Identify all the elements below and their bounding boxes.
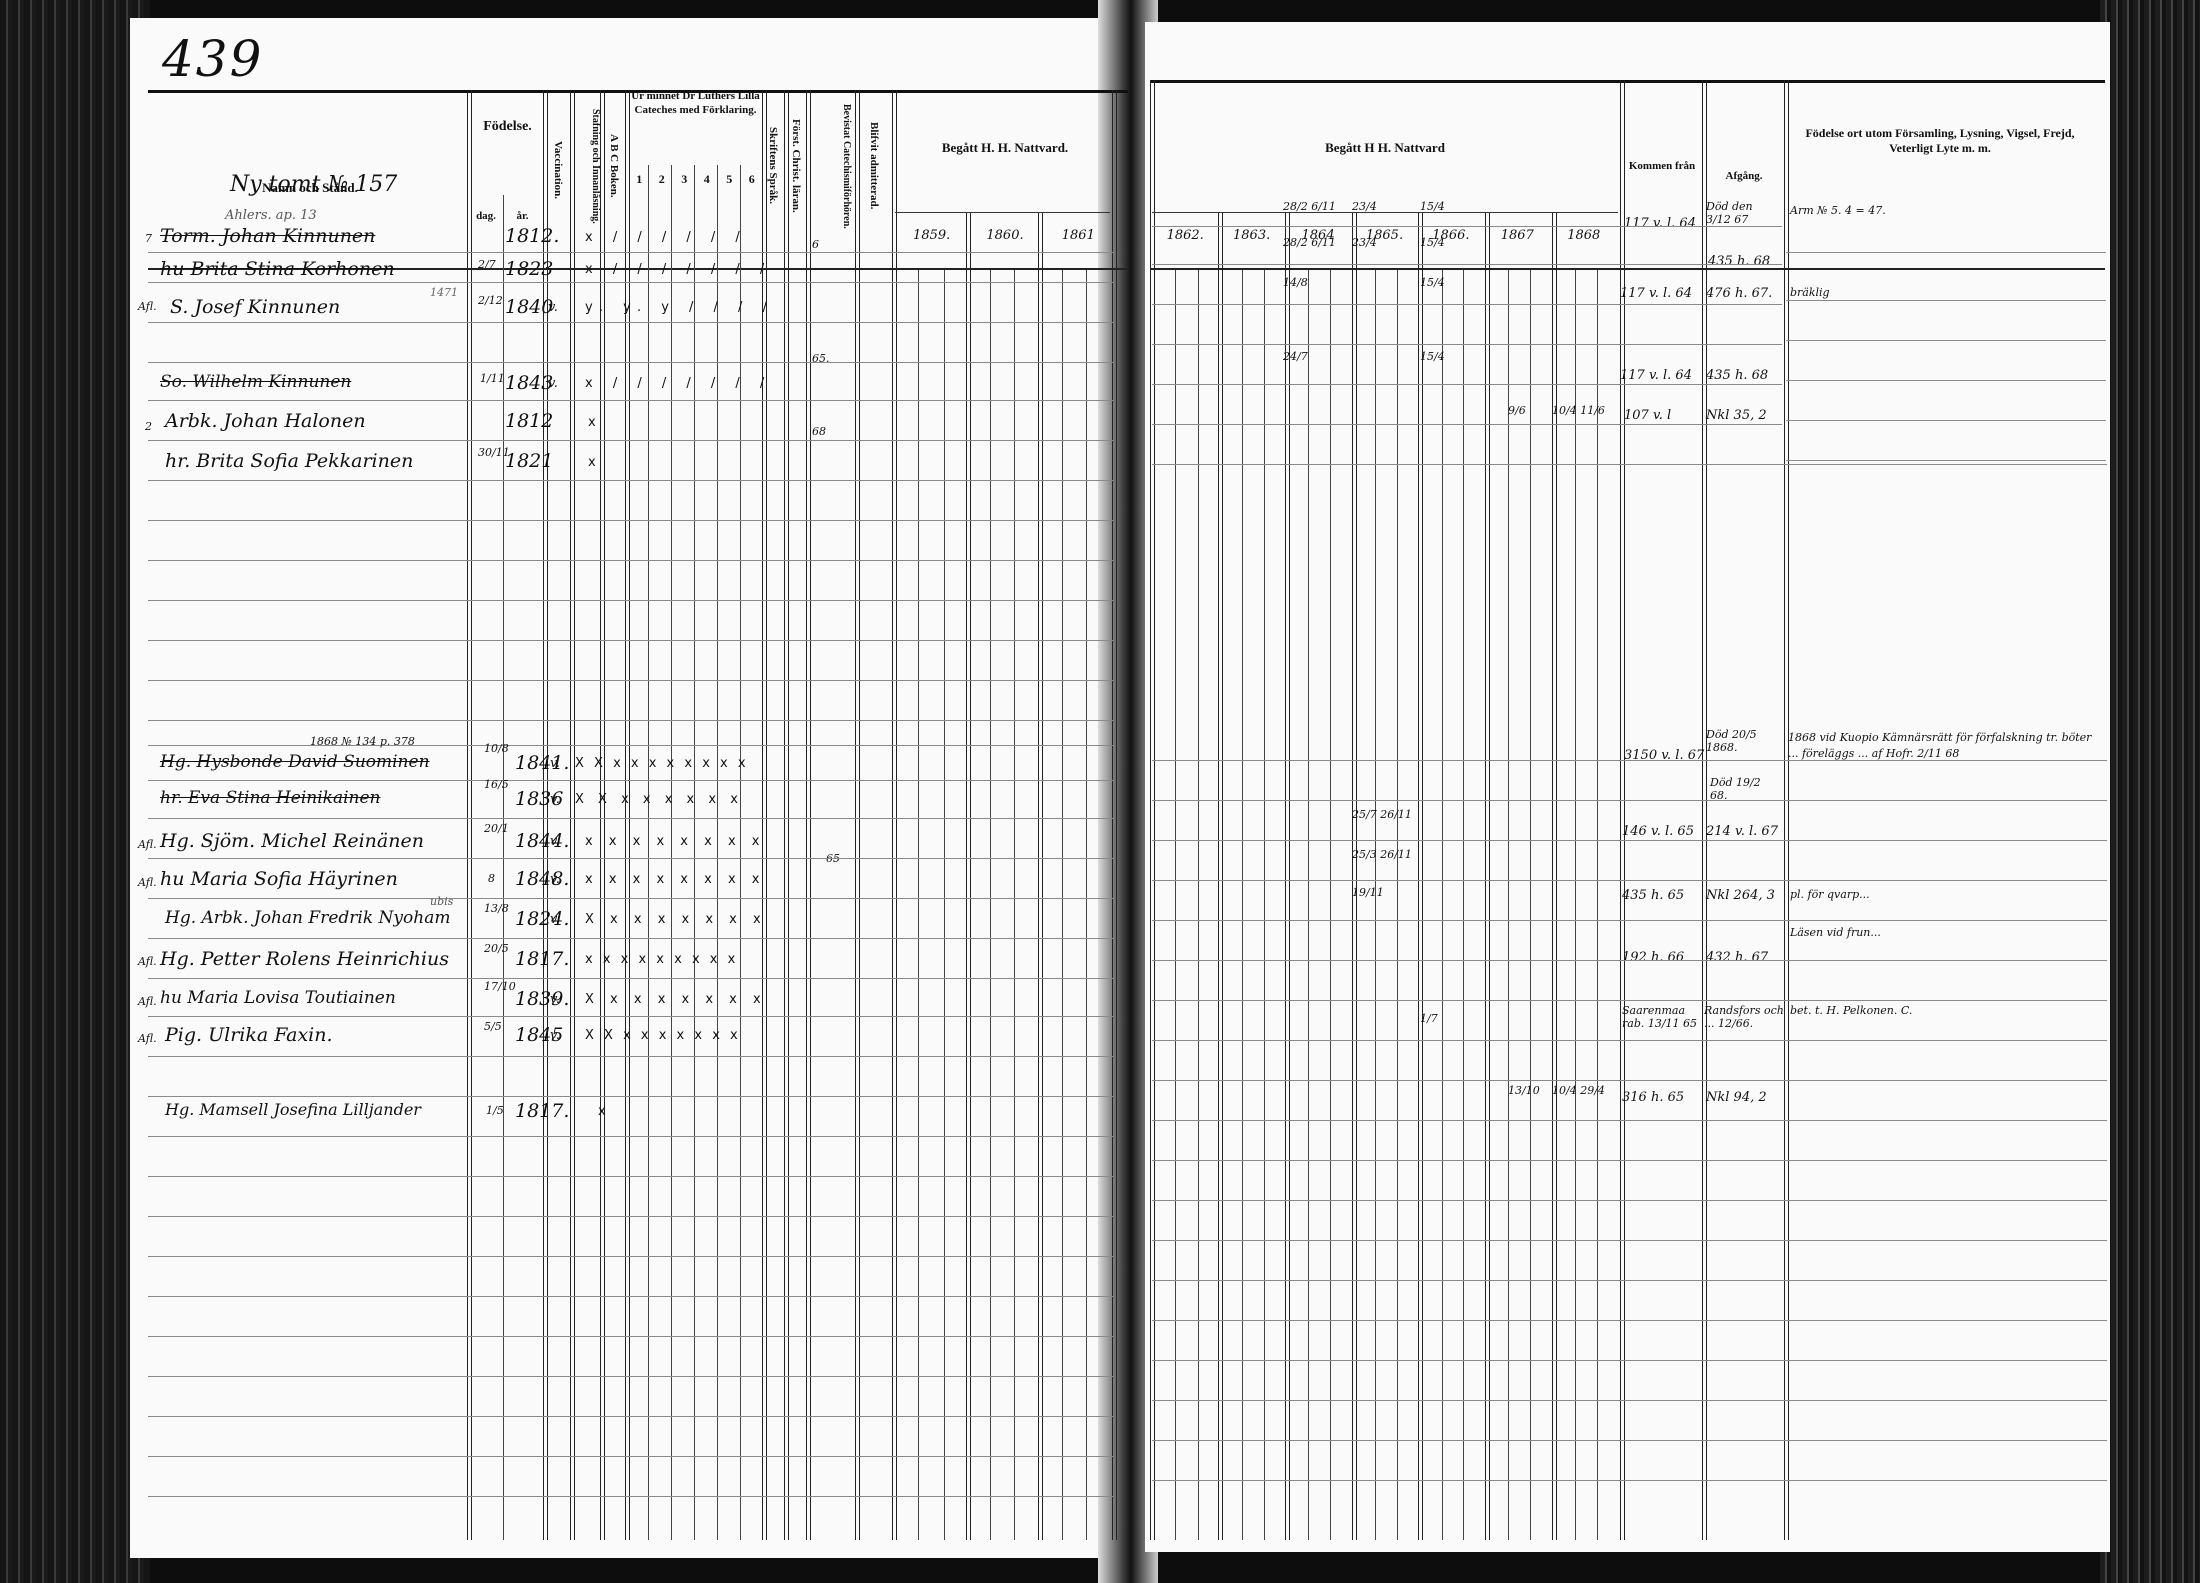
vaccination-mark: v.: [550, 792, 560, 807]
departure: 214 v. l. 67: [1706, 824, 1778, 839]
communion-1866: 15/4: [1420, 350, 1445, 363]
birth-day: 10/8: [484, 742, 509, 755]
header-communion-left: Begått H. H. Nattvard.: [895, 140, 1115, 156]
remark: bräklig: [1790, 286, 1830, 299]
birth-day: 20/1: [484, 822, 509, 835]
remark: 1868 vid Kuopio Kämnärsrätt för förfalsk…: [1788, 730, 2098, 762]
col-line: [1242, 270, 1243, 1540]
row-rule: [148, 1496, 1113, 1497]
col-line: [918, 270, 919, 1540]
row-rule: [148, 1456, 1113, 1457]
vaccination-mark: v.: [550, 1028, 560, 1043]
person-name: hu Maria Sofia Häyrinen: [160, 868, 398, 890]
row-marker: Afl.: [138, 995, 157, 1008]
row-rule: [1152, 1120, 2107, 1121]
row-rule: [148, 560, 1113, 561]
row-marker: Afl.: [138, 955, 157, 968]
row-rule: [1152, 1320, 2107, 1321]
person-name: hu Brita Stina Korhonen: [160, 258, 395, 280]
row-rule: [148, 720, 1113, 721]
birth-day: 16/5: [484, 778, 509, 791]
row-rule: [1152, 760, 2107, 761]
arrived-from: 146 v. l. 65: [1622, 824, 1694, 839]
exam-marks: x / / / / / / /: [585, 376, 772, 391]
col-line: [1198, 270, 1199, 1540]
birth-day: 2/12: [478, 294, 503, 307]
vaccination-mark: v.: [550, 912, 560, 927]
col-line: [1352, 212, 1357, 1540]
col-line: [1175, 270, 1176, 1540]
row-rule: [1152, 344, 1782, 345]
exam-marks: x / / / / / / /: [585, 262, 772, 277]
row-rule: [148, 745, 1113, 746]
col-line: [1575, 270, 1576, 1540]
birth-year: 1840: [505, 296, 553, 318]
birth-day: 20/5: [484, 942, 509, 955]
communion-1867: 9/6: [1508, 404, 1526, 417]
birth-year: 1844.: [515, 830, 569, 852]
person-name: hu Maria Lovisa Toutiainen: [160, 988, 396, 1008]
header-christian: Först. Christ. läran.: [788, 96, 802, 236]
year-row-rule: [1152, 212, 1618, 213]
col-line: [855, 90, 860, 1540]
col-line: [1485, 212, 1490, 1540]
exam-marks: x: [588, 455, 604, 470]
header-communion-right: Begått H H. Nattvard: [1150, 140, 1620, 156]
col-line: [1308, 270, 1309, 1540]
arrived-from: Saarenmaa rab. 13/11 65: [1622, 1004, 1702, 1030]
row-rule: [1152, 1080, 2107, 1081]
row-rule: [1152, 1040, 2107, 1041]
header-birth-year: år.: [505, 210, 540, 224]
year-1860: 1860.: [968, 228, 1041, 243]
header-abc: A B C Boken.: [606, 96, 620, 236]
birth-year: 1824.: [515, 908, 569, 930]
catechism-col-4: 4: [696, 172, 719, 187]
exam-marks: x x x x x x x x x: [585, 952, 738, 967]
exam-marks: X x x x x x x x: [585, 912, 767, 927]
departure: Randsfors och ... 12/66.: [1704, 1004, 1784, 1030]
row-rule: [148, 252, 1113, 253]
col-line: [1508, 270, 1509, 1540]
remark-line: [1786, 460, 2106, 461]
catechism-col-5: 5: [718, 172, 741, 187]
col-line: [1285, 212, 1290, 1540]
header-top-rule-right: [1150, 80, 2105, 83]
row-rule: [1152, 264, 1782, 265]
communion-1868: 10/4 29/4: [1552, 1084, 1605, 1097]
communion-1867: 13/10: [1508, 1084, 1540, 1097]
row-rule: [148, 1056, 1113, 1057]
book-edge-right: [2100, 0, 2200, 1583]
row-rule: [148, 1016, 1113, 1017]
col-line: [694, 165, 695, 1540]
row-rule: [148, 600, 1113, 601]
row-rule: [148, 640, 1113, 641]
row-rule: [148, 1296, 1113, 1297]
person-name: S. Josef Kinnunen: [170, 296, 340, 318]
remark-line: [1786, 252, 2106, 253]
birth-year: 1848.: [515, 868, 569, 890]
col-line: [1062, 270, 1063, 1540]
communion-1864: 28/2 6/11: [1283, 200, 1336, 213]
row-rule: [1152, 920, 2107, 921]
exam-marks: x: [588, 415, 604, 430]
communion-1865: 23/4: [1352, 236, 1377, 249]
row-rule: [1152, 800, 2107, 801]
row-rule: [148, 520, 1113, 521]
arrived-from: 192 h. 66: [1622, 950, 1684, 965]
year-1862: 1862.: [1152, 228, 1218, 243]
header-vaccination: Vaccination.: [550, 100, 564, 240]
row-rule: [148, 400, 1113, 401]
remark-line: [1786, 380, 2106, 381]
person-note: ubis: [430, 895, 453, 908]
departure: 435 h. 68: [1708, 254, 1770, 269]
exam-marks: x x x x x x x x: [585, 834, 765, 849]
col-line: [503, 195, 504, 1540]
person-note: 1868 № 134 p. 378: [310, 735, 415, 748]
departure: Nkl 35, 2: [1706, 408, 1767, 423]
arrived-from: 107 v. l: [1624, 408, 1671, 423]
communion-years-left: 1859. 1860. 1861: [895, 228, 1115, 243]
col-line: [648, 165, 649, 1540]
col-line: [740, 165, 741, 1540]
row-rule: [148, 858, 1113, 859]
col-line: [467, 90, 472, 1540]
person-name: hr. Brita Sofia Pekkarinen: [165, 450, 413, 472]
catechism-col-2: 2: [651, 172, 674, 187]
exam-year: 6: [812, 238, 819, 251]
row-rule: [148, 1176, 1113, 1177]
person-name: Pig. Ulrika Faxin.: [165, 1024, 333, 1046]
row-rule: [148, 898, 1113, 899]
birth-year: 1841.: [515, 752, 569, 774]
communion-1864: 14/8: [1283, 276, 1308, 289]
col-line: [1330, 270, 1331, 1540]
col-line: [1150, 80, 1155, 1540]
communion-1865: 25/7 26/11: [1352, 808, 1412, 821]
col-line: [990, 270, 991, 1540]
row-rule: [148, 362, 1113, 363]
header-catechism-exam: Bevistat Catechismiförhören.: [826, 96, 852, 236]
communion-1865: 25/3 26/11: [1352, 848, 1412, 861]
col-line: [1112, 90, 1117, 1540]
header-admitted: Blifvit admitterad.: [866, 96, 880, 236]
communion-1864: 28/2 6/11: [1283, 236, 1336, 249]
col-line: [944, 270, 945, 1540]
col-line: [1530, 270, 1531, 1540]
year-1867: 1867: [1484, 228, 1550, 243]
vaccination-mark: v.: [550, 872, 560, 887]
departure: Nkl 264, 3: [1706, 888, 1775, 903]
remark: pl. för qvarp...: [1790, 888, 1870, 901]
vaccination-mark: v.: [550, 992, 560, 1007]
household-heading: Ny tomt № 157: [230, 172, 397, 197]
row-marker: 7: [145, 232, 152, 245]
book-edge-left: [0, 0, 150, 1583]
catechism-col-3: 3: [673, 172, 696, 187]
row-rule: [1152, 960, 2107, 961]
row-rule: [148, 480, 1113, 481]
birth-year: 1817.: [515, 1100, 569, 1122]
row-rule: [1152, 304, 1782, 305]
row-rule: [148, 1216, 1113, 1217]
person-note: 1471: [430, 286, 458, 299]
birth-day: 5/5: [484, 1020, 502, 1033]
row-marker: Afl.: [138, 876, 157, 889]
departure: Död 19/2 68.: [1710, 776, 1780, 802]
person-name: Hg. Petter Rolens Heinrichius: [160, 948, 449, 970]
row-rule: [148, 1256, 1113, 1257]
person-name: Hg. Sjöm. Michel Reinänen: [160, 830, 424, 852]
row-rule: [148, 1336, 1113, 1337]
col-line: [1038, 212, 1043, 1540]
household-sub: Ahlers. ap. 13: [225, 208, 317, 223]
row-rule: [1152, 384, 1782, 385]
exam-marks: X x x x x x x x: [585, 992, 767, 1007]
year-1863: 1863.: [1218, 228, 1284, 243]
col-line: [717, 165, 718, 1540]
arrived-from: 117 v. l. 64: [1620, 286, 1692, 301]
departure: 435 h. 68: [1706, 368, 1768, 383]
col-line: [806, 90, 811, 1540]
person-name: So. Wilhelm Kinnunen: [160, 372, 351, 392]
year-1859: 1859.: [895, 228, 968, 243]
remark: Läsen vid frun...: [1790, 926, 1881, 939]
header-arrived-from: Kommen från: [1624, 160, 1700, 174]
vaccination-mark: v.: [550, 834, 560, 849]
communion-1866: 15/4: [1420, 236, 1445, 249]
row-rule: [148, 818, 1113, 819]
row-rule: [1152, 1200, 2107, 1201]
remark: Arm № 5. 4 = 47.: [1790, 204, 1886, 217]
departure: Nkl 94, 2: [1706, 1090, 1767, 1105]
exam-marks: X X x x x x x x x: [585, 1028, 741, 1043]
row-rule: [1152, 1160, 2107, 1161]
row-rule: [1152, 880, 2107, 881]
col-line: [784, 90, 789, 1540]
folio-number: 439: [162, 30, 263, 88]
col-line: [1086, 270, 1087, 1540]
birth-day: 17/10: [484, 980, 516, 993]
arrived-from: 117 v. l. 64: [1624, 216, 1696, 231]
birth-day: 8: [488, 872, 495, 885]
col-line: [1218, 212, 1223, 1540]
row-rule: [1152, 1280, 2107, 1281]
col-line: [1784, 80, 1789, 1540]
exam-year: 65.: [812, 352, 830, 365]
communion-1865: 19/11: [1352, 886, 1384, 899]
birth-day: 13/8: [484, 902, 509, 915]
row-rule: [1152, 840, 2107, 841]
row-rule: [1152, 464, 2107, 465]
arrived-from: 316 h. 65: [1622, 1090, 1684, 1105]
col-line: [1442, 270, 1443, 1540]
birth-year: 1821: [505, 450, 553, 472]
vaccination-mark: v.: [548, 300, 558, 315]
year-1868: 1868: [1551, 228, 1617, 243]
catechism-col-6: 6: [741, 172, 764, 187]
communion-1864: 24/7: [1283, 350, 1308, 363]
row-rule: [148, 978, 1113, 979]
col-line: [1264, 270, 1265, 1540]
birth-year: 1843: [505, 372, 553, 394]
col-line: [1597, 270, 1598, 1540]
row-rule: [148, 1416, 1113, 1417]
year-row-rule-left: [895, 212, 1110, 213]
year-1861: 1861: [1042, 228, 1115, 243]
row-rule: [148, 1096, 1113, 1097]
row-rule: [148, 440, 1113, 441]
row-marker: 2: [145, 420, 152, 433]
departure: Död den 3/12 67: [1706, 200, 1780, 226]
row-rule: [1152, 1480, 2107, 1481]
remark-line: [1786, 300, 2106, 301]
row-marker: Afl.: [138, 300, 157, 313]
row-rule: [1152, 1240, 2107, 1241]
header-departure: Afgång.: [1706, 170, 1782, 184]
row-rule: [148, 282, 1113, 283]
col-line: [1397, 270, 1398, 1540]
communion-1868: 10/4 11/6: [1552, 404, 1605, 417]
person-name: Hg. Mamsell Josefina Lilljander: [165, 1100, 421, 1119]
col-line: [892, 90, 897, 1540]
row-marker: Afl.: [138, 838, 157, 851]
row-rule: [148, 1376, 1113, 1377]
person-name: Hg. Hysbonde David Suominen: [160, 752, 430, 772]
vaccination-mark: v.: [548, 376, 558, 391]
vaccination-mark: v.: [550, 756, 560, 771]
birth-year: 1817.: [515, 948, 569, 970]
birth-day: 2/7: [478, 258, 496, 271]
exam-marks: X X x x x x x x: [575, 792, 743, 807]
row-rule: [1152, 1440, 2107, 1441]
header-reading: Stafning och Innanläsning.: [575, 96, 601, 236]
row-rule: [1152, 1000, 2107, 1001]
birth-year: 1839.: [515, 988, 569, 1010]
remark-line: [1786, 420, 2106, 421]
person-name: Torm. Johan Kinnunen: [160, 225, 375, 247]
col-line: [1375, 270, 1376, 1540]
header-bottom-rule-right: [1150, 268, 2105, 270]
communion-1865: 23/4: [1352, 200, 1377, 213]
exam-marks: y. y. y / / / /: [585, 300, 775, 315]
communion-1866: 1/7: [1420, 1012, 1438, 1025]
row-marker: Afl.: [138, 1032, 157, 1045]
communion-1866: 15/4: [1420, 276, 1445, 289]
person-name: hr. Eva Stina Heinikainen: [160, 788, 381, 808]
exam-marks: x: [598, 1104, 614, 1119]
person-name: Hg. Arbk. Johan Fredrik Nyoham: [165, 908, 450, 928]
col-line: [1014, 270, 1015, 1540]
birth-day: 1/11: [480, 372, 505, 385]
departure: 432 h. 67: [1706, 950, 1768, 965]
departure: Död 20/5 1868.: [1706, 728, 1780, 754]
col-line: [1418, 212, 1423, 1540]
row-rule: [148, 938, 1113, 939]
birth-year: 1812: [505, 410, 553, 432]
row-rule: [1152, 226, 1782, 227]
header-birth: Födelse.: [470, 118, 545, 136]
row-rule: [1152, 1400, 2107, 1401]
row-rule: [148, 322, 1113, 323]
remark: bet. t. H. Pelkonen. C.: [1790, 1004, 1912, 1017]
exam-marks: x x x x x x x x: [585, 872, 765, 887]
col-line: [1463, 270, 1464, 1540]
remark-line: [1786, 340, 2106, 341]
header-scripture: Skriftens Språk.: [765, 96, 779, 236]
header-catechism: Ur minnet Dr Luthers Lilla Cateches med …: [628, 90, 763, 118]
birth-year: 1823: [505, 258, 553, 280]
exam-year: 68: [812, 425, 826, 438]
communion-1866: 15/4: [1420, 200, 1445, 213]
row-rule: [148, 1136, 1113, 1137]
row-rule: [1152, 1360, 2107, 1361]
col-line: [966, 212, 971, 1540]
person-name: Arbk. Johan Halonen: [165, 410, 366, 432]
row-rule: [148, 780, 1113, 781]
exam-marks: x / / / / / /: [585, 230, 748, 245]
header-remarks: Födelse ort utom Församling, Lysning, Vi…: [1790, 126, 2090, 156]
col-line: [671, 165, 672, 1540]
col-line: [570, 90, 575, 1540]
birth-day: 1/5: [486, 1104, 504, 1117]
birth-year: 1812.: [505, 225, 559, 247]
arrived-from: 117 v. l. 64: [1620, 368, 1692, 383]
header-birth-day: dag.: [470, 210, 502, 224]
row-rule: [148, 680, 1113, 681]
exam-marks: X X x x x x x x x x: [575, 756, 749, 771]
arrived-from: 435 h. 65: [1622, 888, 1684, 903]
departure: 476 h. 67.: [1706, 286, 1772, 301]
row-rule: [1152, 424, 1782, 425]
